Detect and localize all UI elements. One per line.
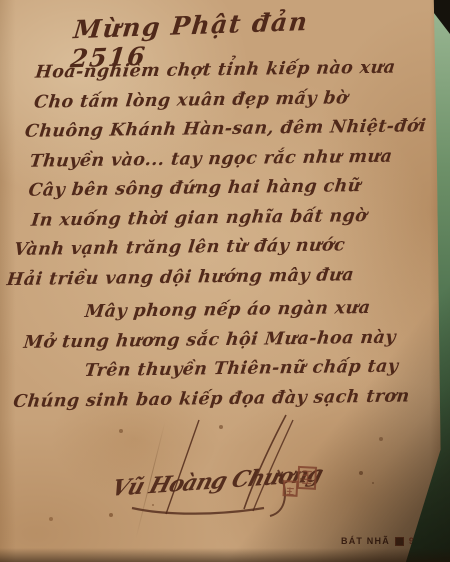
- poem-line: Trên thuyền Thiên-nữ chấp tay: [83, 352, 436, 386]
- seal-square-icon: [282, 480, 298, 497]
- paper-stains: [300, 478, 302, 480]
- footer-imprint: BÁT NHÃ 9: [341, 536, 415, 546]
- poem-line: Hải triều vang dội hướng mây đưa: [5, 260, 426, 295]
- manuscript-page: Mừng Phật đản 2516 Hoa-nghiêm chợt tỉnh …: [0, 0, 450, 562]
- imprint-text: BÁT NHÃ: [341, 536, 390, 546]
- footer-square-icon: [395, 537, 404, 546]
- poem-line: Thuyền vào... tay ngọc rắc như mưa: [28, 142, 439, 177]
- seal-stamp: [282, 465, 318, 509]
- poem-stanza-1: Hoa-nghiêm chợt tỉnh kiếp nào xưa Cho tấ…: [3, 53, 449, 295]
- poem-line: Hoa-nghiêm chợt tỉnh kiếp nào xưa: [34, 53, 449, 88]
- photo-scene: Mừng Phật đản 2516 Hoa-nghiêm chợt tỉnh …: [0, 0, 450, 562]
- poem-stanza-2: Mây phong nếp áo ngàn xưa Mở tung hương …: [10, 293, 443, 417]
